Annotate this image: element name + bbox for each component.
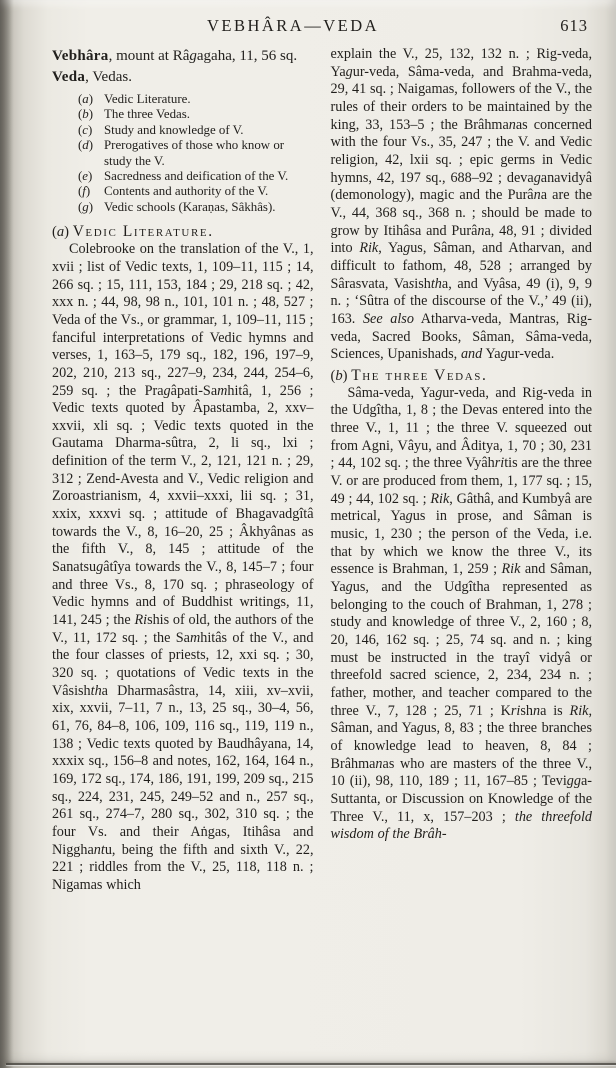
header-title: VEBHÂRA—VEDA xyxy=(52,16,534,36)
entry-veda: Veda, Vedas. xyxy=(52,67,314,88)
outline-item-b: (b) The three Vedas. xyxy=(78,107,314,122)
veda-outline-list: (a) Vedic Literature. (b) The three Veda… xyxy=(78,92,314,215)
section-b-body: Sâma-veda, Yagur-veda, and Rig-veda in t… xyxy=(331,385,593,844)
section-a-letter: (a) xyxy=(52,224,69,240)
outline-text: Contents and authority of the V. xyxy=(104,184,314,199)
text-columns: Vebhâra, mount at Râgagaha, 11, 56 sq. V… xyxy=(52,46,592,895)
section-a-title: Vedic Literature. xyxy=(73,223,214,240)
running-header: VEBHÂRA—VEDA 613 xyxy=(52,16,594,38)
outline-letter: (f) xyxy=(78,184,104,199)
left-column: Vebhâra, mount at Râgagaha, 11, 56 sq. V… xyxy=(52,46,314,895)
book-page: VEBHÂRA—VEDA 613 Vebhâra, mount at Râgag… xyxy=(0,0,616,1068)
outline-letter: (d) xyxy=(78,138,104,169)
page-gutter-shadow xyxy=(0,0,14,1068)
page-number: 613 xyxy=(560,16,588,36)
section-b-title: The three Vedas. xyxy=(351,367,487,384)
section-b-letter: (b) xyxy=(331,368,348,384)
outline-text: Sacredness and deification of the V. xyxy=(104,169,314,184)
outline-item-a: (a) Vedic Literature. xyxy=(78,92,314,107)
outline-letter: (g) xyxy=(78,200,104,215)
outline-item-g: (g) Vedic schools (Karaṇas, Sâkhâs). xyxy=(78,200,314,215)
outline-text: Vedic schools (Karaṇas, Sâkhâs). xyxy=(104,200,314,215)
outline-item-f: (f) Contents and authority of the V. xyxy=(78,184,314,199)
outline-letter: (c) xyxy=(78,123,104,138)
outline-item-d: (d) Prerogatives of those who know or st… xyxy=(78,138,314,169)
outline-item-c: (c) Study and knowledge of V. xyxy=(78,123,314,138)
outline-text: Vedic Literature. xyxy=(104,92,314,107)
outline-text: Prerogatives of those who know or study … xyxy=(104,138,314,169)
section-b-heading: (b) The three Vedas. xyxy=(331,367,593,385)
entry-vebhara: Vebhâra, mount at Râgagaha, 11, 56 sq. xyxy=(52,46,314,67)
outline-text: Study and knowledge of V. xyxy=(104,123,314,138)
section-a-body-continued: explain the V., 25, 132, 132 n. ; Rig-ve… xyxy=(331,46,593,364)
page-bottom-edge xyxy=(6,1063,616,1065)
section-a-heading: (a) Vedic Literature. xyxy=(52,223,314,241)
right-column: explain the V., 25, 132, 132 n. ; Rig-ve… xyxy=(331,46,593,895)
outline-letter: (b) xyxy=(78,107,104,122)
outline-item-e: (e) Sacredness and deification of the V. xyxy=(78,169,314,184)
outline-letter: (e) xyxy=(78,169,104,184)
section-a-body-left: Colebrooke on the translation of the V.,… xyxy=(52,241,314,894)
outline-text: The three Vedas. xyxy=(104,107,314,122)
outline-letter: (a) xyxy=(78,92,104,107)
